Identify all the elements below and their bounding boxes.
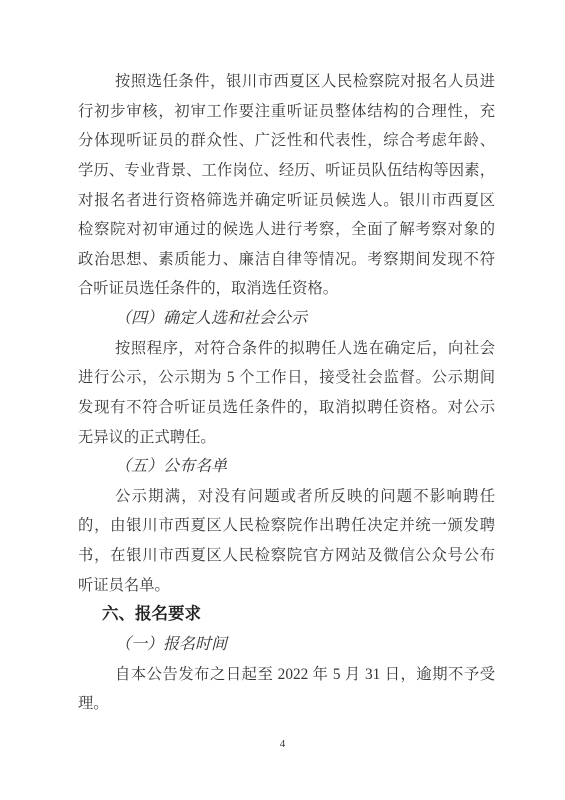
- document-line: 听证员名单。: [78, 571, 495, 601]
- document-line: 合听证员选任条件的，取消选任资格。: [78, 274, 495, 304]
- document-line: 行初步审核，初审工作要注重听证员整体结构的合理性，充: [78, 97, 495, 127]
- document-line: （一）报名时间: [78, 630, 495, 660]
- document-line: 自本公告发布之日起至 2022 年 5 月 31 日，逾期不予受: [78, 660, 495, 690]
- document-line: 理。: [78, 689, 495, 719]
- document-line: 政治思想、素质能力、廉洁自律等情况。考察期间发现不符: [78, 245, 495, 275]
- document-line: （五）公布名单: [78, 452, 495, 482]
- document-line: 进行公示，公示期为 5 个工作日，接受社会监督。公示期间: [78, 363, 495, 393]
- document-page: 按照选任条件，银川市西夏区人民检察院对报名人员进行初步审核，初审工作要注重听证员…: [0, 0, 565, 800]
- document-line: （四）确定人选和社会公示: [78, 304, 495, 334]
- document-line: 发现有不符合听证员选任条件的，取消拟聘任资格。对公示: [78, 393, 495, 423]
- document-line: 分体现听证员的群众性、广泛性和代表性，综合考虑年龄、: [78, 126, 495, 156]
- document-body: 按照选任条件，银川市西夏区人民检察院对报名人员进行初步审核，初审工作要注重听证员…: [78, 67, 495, 719]
- document-line: 检察院对初审通过的候选人进行考察，全面了解考察对象的: [78, 215, 495, 245]
- document-line: 学历、专业背景、工作岗位、经历、听证员队伍结构等因素，: [78, 156, 495, 186]
- document-line: 的，由银川市西夏区人民检察院作出聘任决定并统一颁发聘: [78, 511, 495, 541]
- document-line: 对报名者进行资格筛选并确定听证员候选人。银川市西夏区: [78, 186, 495, 216]
- document-line: 按照程序，对符合条件的拟聘任人选在确定后，向社会: [78, 334, 495, 364]
- page-number: 4: [0, 737, 565, 752]
- document-line: 书，在银川市西夏区人民检察院官方网站及微信公众号公布: [78, 541, 495, 571]
- document-line: 无异议的正式聘任。: [78, 423, 495, 453]
- document-line: 六、报名要求: [78, 600, 495, 630]
- document-line: 按照选任条件，银川市西夏区人民检察院对报名人员进: [78, 67, 495, 97]
- document-line: 公示期满，对没有问题或者所反映的问题不影响聘任: [78, 482, 495, 512]
